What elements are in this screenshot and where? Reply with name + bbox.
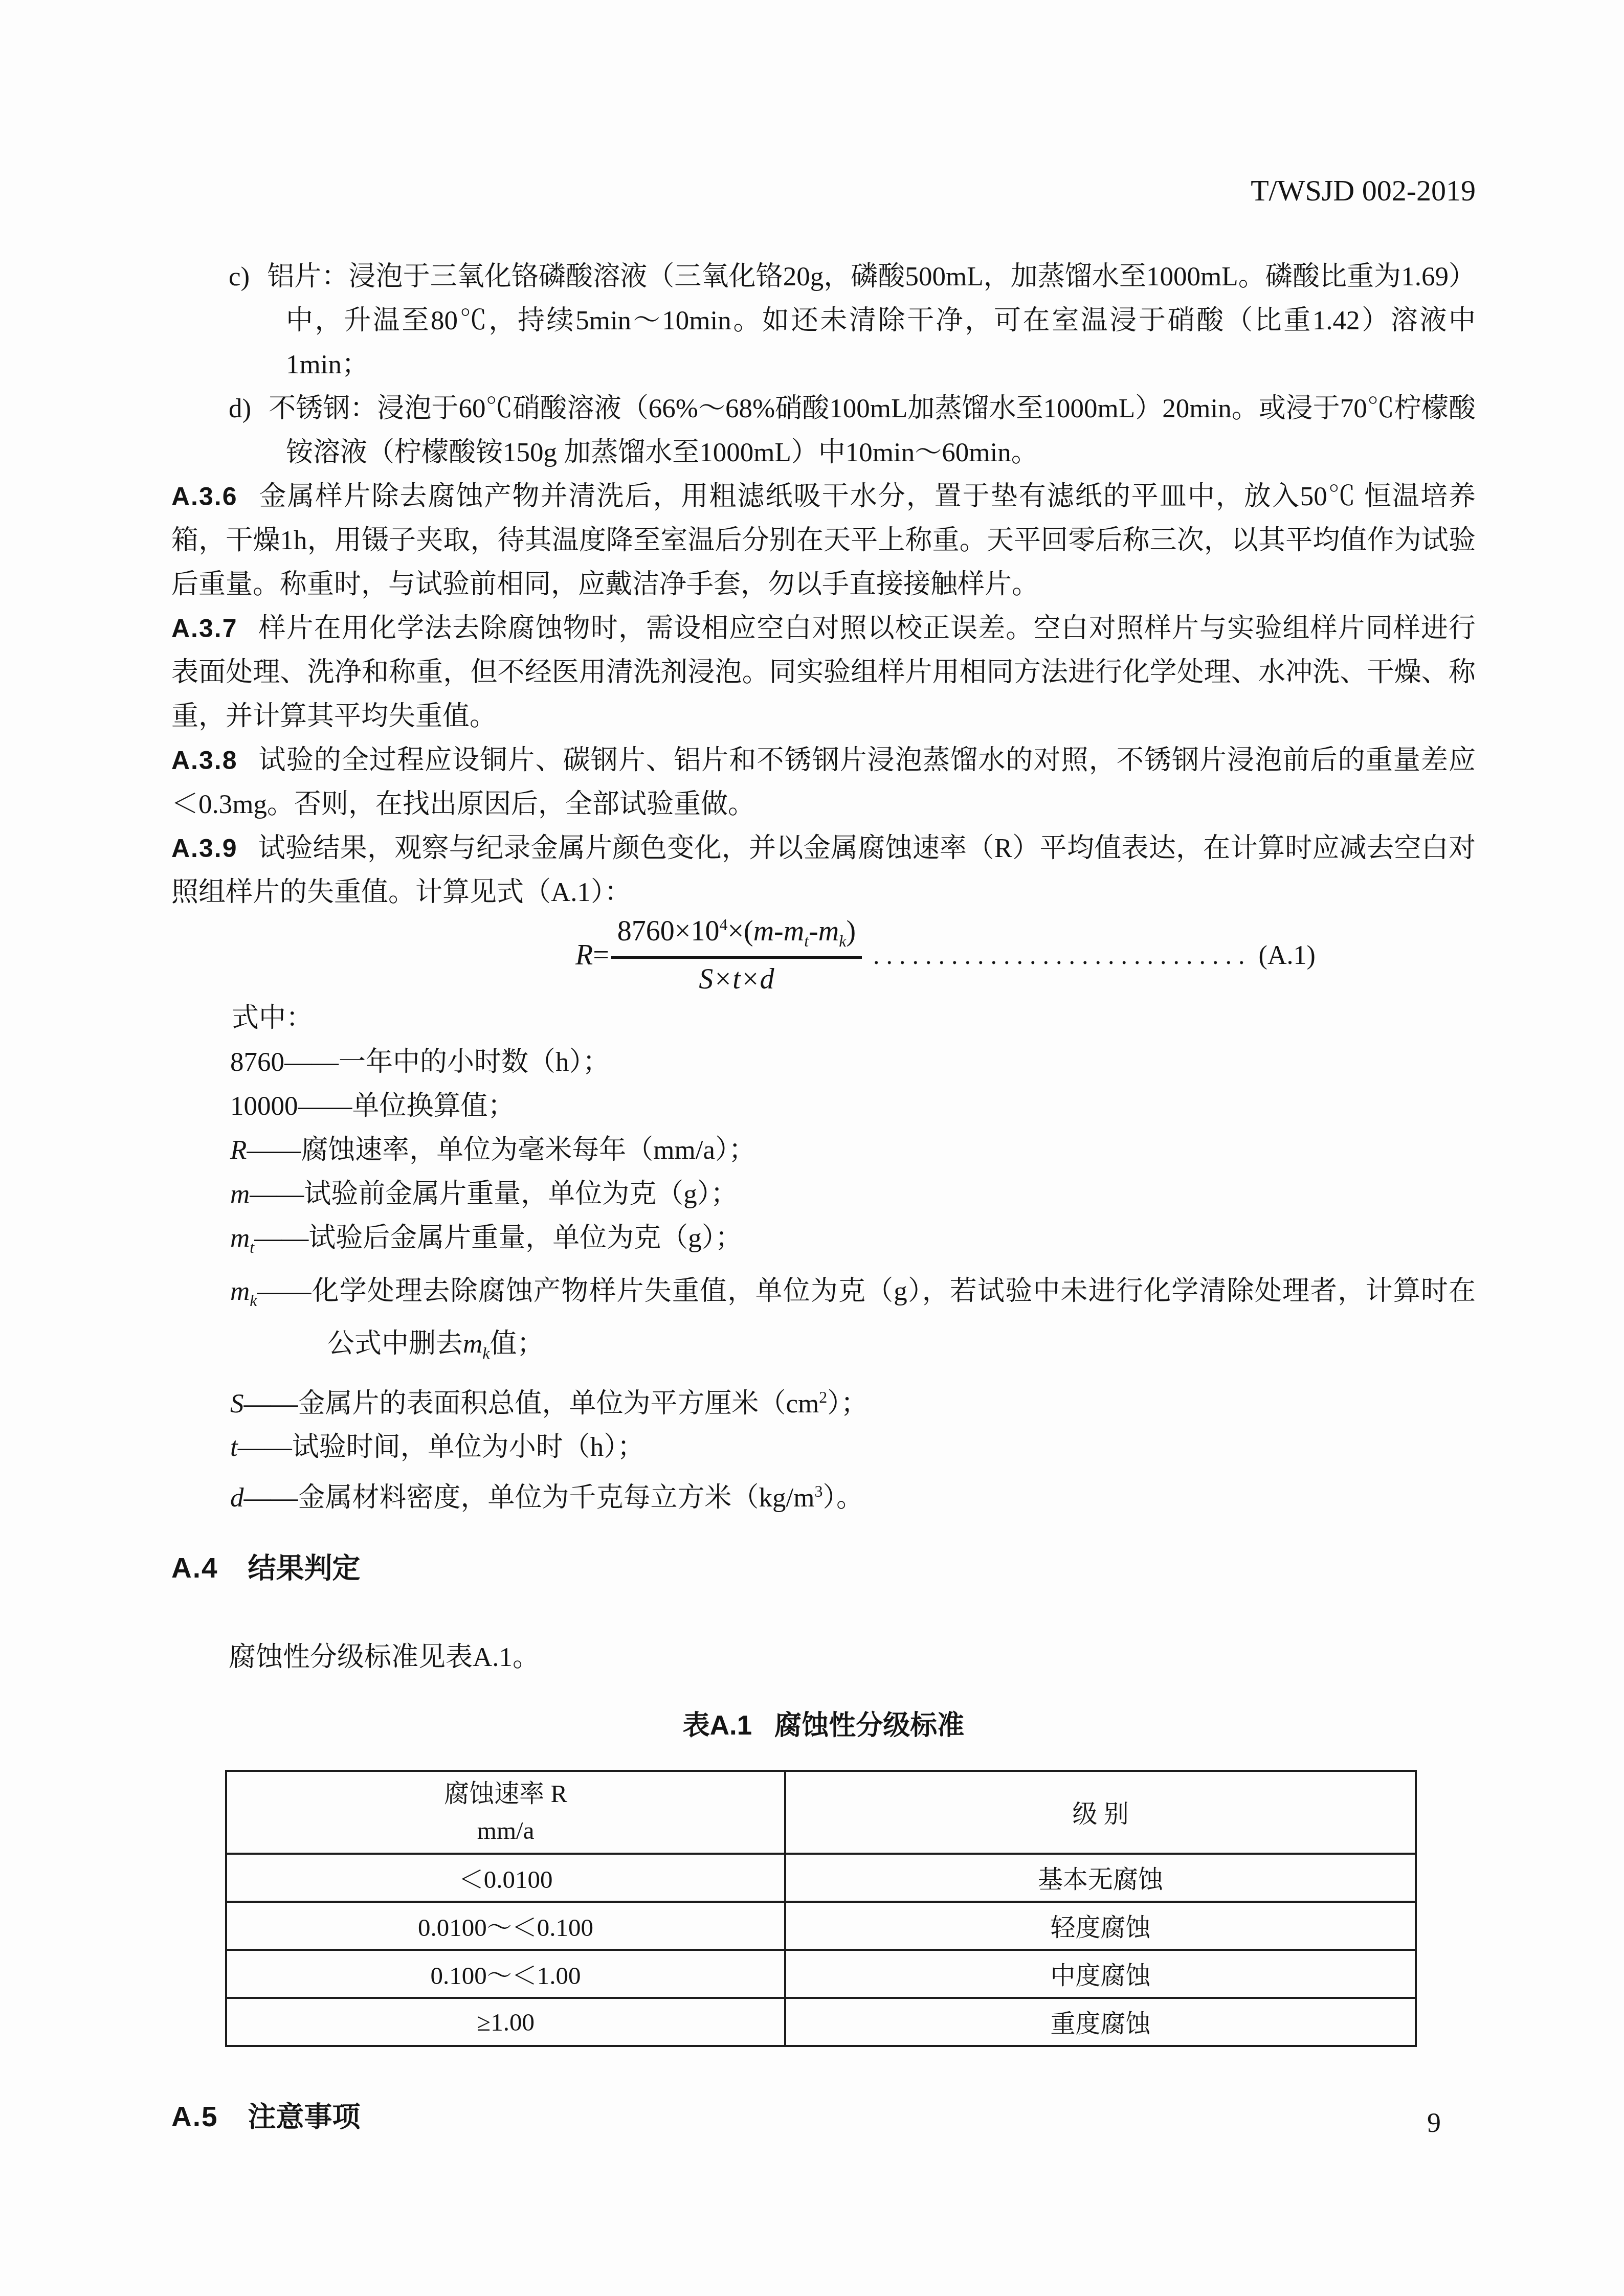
section-title: 注意事项 — [248, 2101, 361, 2132]
numerator-coefficient: 8760×10 — [617, 915, 720, 947]
definition-text: ——腐蚀速率，单位为毫米每年（mm/a）； — [247, 1135, 755, 1165]
definition-symbol: m — [230, 1223, 250, 1253]
definition-text: ——试验后金属片重量，单位为克（g）； — [254, 1223, 742, 1253]
clause-text: 金属样片除去腐蚀产物并清洗后，用粗滤纸吸干水分，置于垫有滤纸的平皿中，放入50℃… — [171, 482, 1476, 599]
cell-rate: 0.100～＜1.00 — [226, 1950, 785, 1998]
definition-m-t: mt——试验后金属片重量，单位为克（g）； — [230, 1216, 1476, 1269]
minus-sign: - — [774, 915, 784, 947]
subscript-t: t — [804, 932, 809, 951]
cell-level: 基本无腐蚀 — [785, 1854, 1416, 1902]
doc-number: T/WSJD 002-2019 — [171, 0, 1476, 209]
clause-a3-7: A.3.7样片在用化学法去除腐蚀物时，需设相应空白对照以校正误差。空白对照样片与… — [171, 606, 1476, 738]
unit-superscript: 2 — [819, 1388, 827, 1406]
symbol-m-k: m — [818, 915, 839, 947]
symbol-m: m — [753, 915, 774, 947]
section-heading-a4: A.4结果判定 — [171, 1549, 1476, 1586]
clause-text: 试验的全过程应设铜片、碳钢片、铝片和不锈钢片浸泡蒸馏水的对照，不锈钢片浸泡前后的… — [171, 746, 1476, 819]
definition-subscript: k — [250, 1291, 257, 1309]
minus-sign: - — [809, 915, 818, 947]
numerator-close-paren: ) — [846, 915, 856, 947]
list-item-label: c) — [229, 262, 250, 291]
cell-rate: 0.0100～＜0.100 — [226, 1902, 785, 1950]
definition-text: ——金属材料密度，单位为千克每立方米（kg/m — [244, 1483, 815, 1513]
definition-text: ——试验前金属片重量，单位为克（g）； — [250, 1179, 738, 1209]
formula-fraction: 8760×104×(m-mt-mk)S×t×d — [611, 915, 862, 995]
definition-text-tail: 值； — [490, 1329, 544, 1359]
formula-a1: R=8760×104×(m-mt-mk)S×t×d...............… — [575, 914, 1476, 996]
table-caption-title: 腐蚀性分级标准 — [774, 1710, 964, 1741]
list-item-text: 不锈钢：浸泡于60℃硝酸溶液（66%～68%硝酸100mL加蒸馏水至1000mL… — [269, 394, 1476, 467]
corrosion-grading-table: 腐蚀速率 R mm/a 级 别 ＜0.0100 基本无腐蚀 0.0100～＜0.… — [225, 1770, 1417, 2047]
formula-denominator: S×t×d — [699, 959, 774, 996]
definition-symbol: d — [230, 1483, 244, 1513]
inline-symbol: m — [463, 1329, 482, 1359]
definition-text: ——金属片的表面积总值，单位为平方厘米（cm — [244, 1388, 819, 1418]
numerator-times: ×( — [727, 915, 753, 947]
definition-text: ——一年中的小时数（h）； — [284, 1047, 610, 1077]
cell-level: 重度腐蚀 — [785, 1998, 1416, 2046]
definition-S: S——金属片的表面积总值，单位为平方厘米（cm2）； — [230, 1375, 1476, 1426]
clause-number: A.3.9 — [171, 834, 238, 863]
clause-text: 样片在用化学法去除腐蚀物时，需设相应空白对照以校正误差。空白对照样片与实验组样片… — [171, 614, 1476, 731]
definition-symbol: m — [230, 1179, 250, 1209]
definition-symbol: m — [230, 1276, 250, 1306]
symbol-m-t: m — [784, 915, 804, 947]
cell-rate: ≥1.00 — [226, 1998, 785, 2046]
cell-level: 中度腐蚀 — [785, 1950, 1416, 1998]
unit-superscript: 3 — [814, 1482, 822, 1500]
definition-text: ——化学处理去除腐蚀产物样片失重值，单位为克（g），若试验中未进行化学清除处理者… — [257, 1276, 1476, 1359]
clause-text: 试验结果，观察与纪录金属片颜色变化，并以金属腐蚀速率（R）平均值表达，在计算时应… — [171, 834, 1476, 907]
definition-symbol: 10000 — [230, 1091, 298, 1121]
section-number: A.5 — [171, 2101, 218, 2132]
definition-t: t——试验时间，单位为小时（h）； — [230, 1425, 1476, 1469]
table-row: ≥1.00 重度腐蚀 — [226, 1998, 1416, 2046]
subscript-k: k — [839, 932, 846, 951]
clause-number: A.3.8 — [171, 746, 238, 775]
table-header-row: 腐蚀速率 R mm/a 级 别 — [226, 1771, 1416, 1854]
document-page: T/WSJD 002-2019 c)铝片：浸泡于三氧化铬磷酸溶液（三氧化铬20g… — [0, 0, 1624, 2296]
definition-10000: 10000——单位换算值； — [230, 1084, 1476, 1128]
clause-number: A.3.7 — [171, 614, 238, 643]
cell-level: 轻度腐蚀 — [785, 1902, 1416, 1950]
table-intro-paragraph: 腐蚀性分级标准见表A.1。 — [171, 1635, 1476, 1679]
table-caption-number: 表A.1 — [683, 1710, 752, 1741]
section-heading-a5: A.5注意事项 — [171, 2098, 1476, 2135]
definition-text: ——试验时间，单位为小时（h）； — [238, 1432, 644, 1462]
list-item-label: d) — [229, 394, 251, 423]
section-title: 结果判定 — [248, 1552, 361, 1584]
definition-symbol: S — [230, 1388, 244, 1418]
table-row: 0.100～＜1.00 中度腐蚀 — [226, 1950, 1416, 1998]
definition-symbol: t — [230, 1432, 238, 1462]
definition-d: d——金属材料密度，单位为千克每立方米（kg/m3）。 — [230, 1469, 1476, 1520]
header-rate-unit: mm/a — [227, 1812, 784, 1849]
header-rate-label: 腐蚀速率 R — [227, 1775, 784, 1812]
definition-m: m——试验前金属片重量，单位为克（g）； — [230, 1172, 1476, 1216]
numerator-exponent: 4 — [719, 916, 727, 934]
formula-lhs: R — [575, 939, 593, 972]
table-row: ＜0.0100 基本无腐蚀 — [226, 1854, 1416, 1902]
table-row: 0.0100～＜0.100 轻度腐蚀 — [226, 1902, 1416, 1950]
cell-rate: ＜0.0100 — [226, 1854, 785, 1902]
list-item-text: 铝片：浸泡于三氧化铬磷酸溶液（三氧化铬20g，磷酸500mL，加蒸馏水至1000… — [267, 262, 1476, 379]
where-intro: 式中： — [232, 996, 1476, 1040]
header-cell-level: 级 别 — [785, 1771, 1416, 1854]
clause-a3-8: A.3.8试验的全过程应设铜片、碳钢片、铝片和不锈钢片浸泡蒸馏水的对照，不锈钢片… — [171, 738, 1476, 826]
definition-m-k: mk——化学处理去除腐蚀产物样片失重值，单位为克（g），若试验中未进行化学清除处… — [230, 1269, 1476, 1375]
definition-symbol: R — [230, 1135, 247, 1165]
formula-dot-leader: ............................. — [873, 940, 1252, 970]
formula-numerator: 8760×104×(m-mt-mk) — [611, 915, 862, 958]
header-cell-rate: 腐蚀速率 R mm/a — [226, 1771, 785, 1854]
definition-text-tail: ）； — [827, 1388, 868, 1418]
page-content: T/WSJD 002-2019 c)铝片：浸泡于三氧化铬磷酸溶液（三氧化铬20g… — [171, 0, 1476, 2135]
list-item-c: c)铝片：浸泡于三氧化铬磷酸溶液（三氧化铬20g，磷酸500mL，加蒸馏水至10… — [229, 255, 1476, 387]
inline-subscript: k — [482, 1344, 490, 1362]
definition-8760: 8760——一年中的小时数（h）； — [230, 1040, 1476, 1084]
definition-subscript: t — [250, 1238, 254, 1256]
formula-label: (A.1) — [1259, 940, 1316, 971]
formula-equals: = — [593, 939, 609, 972]
clause-a3-9: A.3.9试验结果，观察与纪录金属片颜色变化，并以金属腐蚀速率（R）平均值表达，… — [171, 826, 1476, 914]
section-number: A.4 — [171, 1552, 218, 1584]
definition-text-tail: ）。 — [822, 1483, 863, 1513]
definition-text: ——单位换算值； — [298, 1091, 515, 1121]
table-caption: 表A.1腐蚀性分级标准 — [171, 1709, 1476, 1743]
clause-a3-6: A.3.6金属样片除去腐蚀产物并清洗后，用粗滤纸吸干水分，置于垫有滤纸的平皿中，… — [171, 475, 1476, 606]
page-number: 9 — [1427, 2107, 1441, 2139]
clause-number: A.3.6 — [171, 482, 238, 511]
list-item-d: d)不锈钢：浸泡于60℃硝酸溶液（66%～68%硝酸100mL加蒸馏水至1000… — [229, 387, 1476, 475]
definition-R: R——腐蚀速率，单位为毫米每年（mm/a）； — [230, 1128, 1476, 1172]
definition-symbol: 8760 — [230, 1047, 284, 1077]
